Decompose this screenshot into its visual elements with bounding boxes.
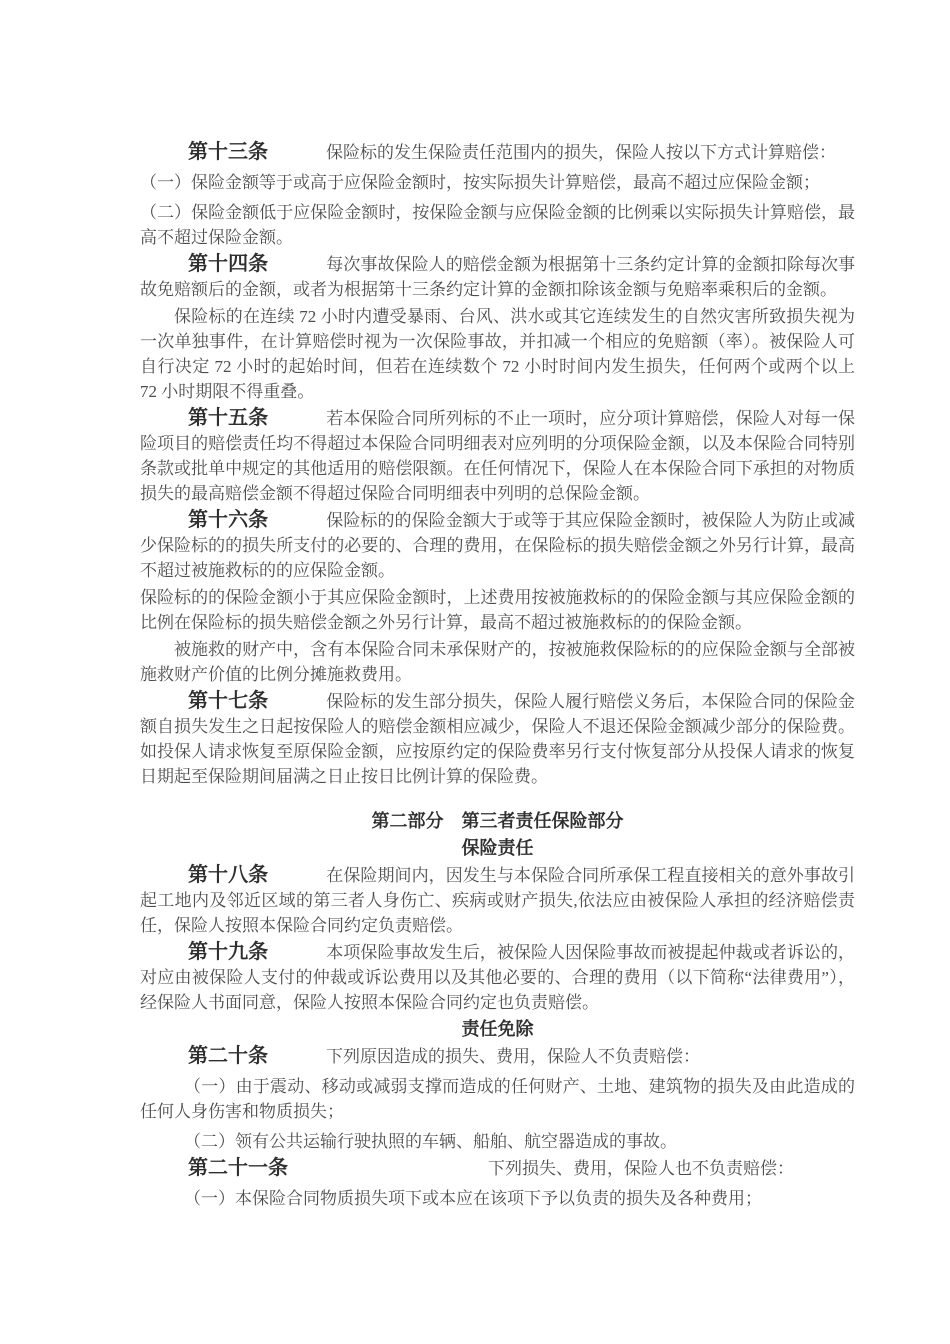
article-16-paragraph-3: 被施救的财产中，含有本保险合同未承保财产的，按被施救保险标的的应保险金额与全部被…	[140, 637, 855, 687]
article-21-number: 第二十一条	[188, 1157, 288, 1179]
document-page: 第十三条保险标的发生保险责任范围内的损失，保险人按以下方式计算赔偿： （一）保险…	[0, 0, 950, 1344]
article-21: 第二十一条下列损失、费用，保险人也不负责赔偿：	[140, 1156, 855, 1181]
article-18: 第十八条在保险期间内，因发生与本保险合同所承保工程直接相关的意外事故引起工地内及…	[140, 863, 855, 938]
article-13-text: 保险标的发生保险责任范围内的损失，保险人按以下方式计算赔偿：	[326, 143, 836, 162]
article-13: 第十三条保险标的发生保险责任范围内的损失，保险人按以下方式计算赔偿：	[140, 140, 855, 165]
section-heading-part2: 第二部分 第三者责任保险部分	[140, 809, 855, 834]
article-20-item-1: （一）由于震动、移动或减弱支撑而造成的任何财产、土地、建筑物的损失及由此造成的任…	[140, 1074, 855, 1124]
article-17: 第十七条保险标的发生部分损失，保险人履行赔偿义务后，本保险合同的保险金额自损失发…	[140, 689, 855, 789]
section-heading-exclusions: 责任免除	[140, 1017, 855, 1042]
article-14: 第十四条每次事故保险人的赔偿金额为根据第十三条约定计算的金额扣除每次事故免赔额后…	[140, 252, 855, 302]
article-13-item-1: （一）保险金额等于或高于应保险金额时，按实际损失计算赔偿，最高不超过应保险金额；	[140, 170, 855, 195]
article-20-number: 第二十条	[188, 1045, 268, 1067]
article-15-number: 第十五条	[188, 407, 268, 429]
article-13-number: 第十三条	[188, 141, 268, 163]
article-20-item-2: （二）领有公共运输行驶执照的车辆、船舶、航空器造成的事故。	[140, 1129, 855, 1154]
article-21-item-1: （一）本保险合同物质损失项下或本应在该项下予以负责的损失及各种费用；	[140, 1186, 855, 1211]
article-16-number: 第十六条	[188, 509, 268, 531]
article-16-paragraph-2: 保险标的的保险金额小于其应保险金额时，上述费用按被施救标的的保险金额与其应保险金…	[140, 585, 855, 635]
article-19-number: 第十九条	[188, 941, 268, 963]
article-16: 第十六条保险标的的保险金额大于或等于其应保险金额时，被保险人为防止或减少保险标的…	[140, 508, 855, 583]
article-17-number: 第十七条	[188, 690, 268, 712]
article-19: 第十九条本项保险事故发生后，被保险人因保险事故而被提起仲裁或者诉讼的，对应由被保…	[140, 940, 855, 1015]
article-14-number: 第十四条	[188, 253, 268, 275]
article-20-text: 下列原因造成的损失、费用，保险人不负责赔偿：	[326, 1047, 700, 1066]
article-21-text: 下列损失、费用，保险人也不负责赔偿：	[488, 1159, 794, 1178]
article-14-paragraph-2: 保险标的在连续 72 小时内遭受暴雨、台风、洪水或其它连续发生的自然灾害所致损失…	[140, 304, 855, 404]
article-20: 第二十条下列原因造成的损失、费用，保险人不负责赔偿：	[140, 1044, 855, 1069]
article-15: 第十五条若本保险合同所列标的不止一项时，应分项计算赔偿，保险人对每一保险项目的赔…	[140, 406, 855, 506]
article-18-number: 第十八条	[188, 864, 268, 886]
section-heading-liability: 保险责任	[140, 836, 855, 861]
article-13-item-2: （二）保险金额低于应保险金额时，按保险金额与应保险金额的比例乘以实际损失计算赔偿…	[140, 200, 855, 250]
